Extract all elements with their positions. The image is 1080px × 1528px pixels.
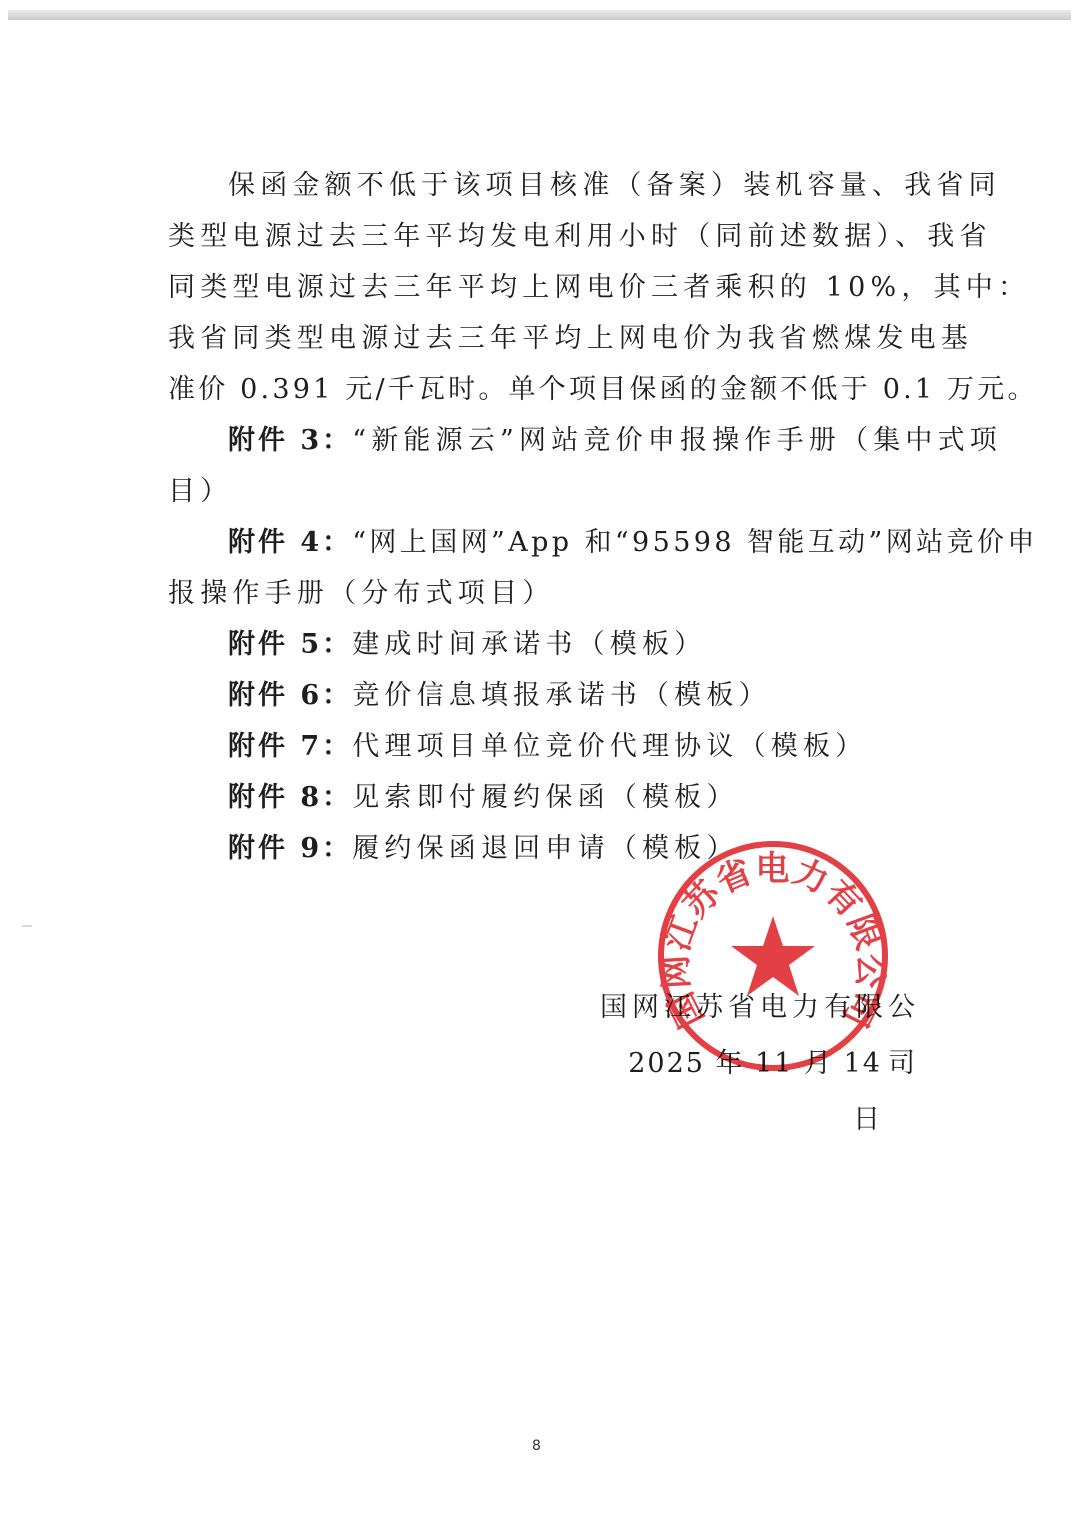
paragraph-line: 同类型电源过去三年平均上网电价三者乘积的 10%，其中： — [168, 262, 920, 313]
attachment-label: 附件 7： — [228, 731, 352, 762]
attachment-label: 附件 4： — [228, 527, 352, 558]
body-paragraph: 保函金额不低于该项目核准（备案）装机容量、我省同 类型电源过去三年平均发电利用小… — [168, 160, 920, 415]
attachment-item-3: 附件 3：“新能源云”网站竞价申报操作手册（集中式项 — [168, 415, 920, 466]
signature-date: 2025 年 11 月 14 日 — [600, 1036, 882, 1148]
attachment-label: 附件 8： — [228, 782, 352, 813]
attachment-title: 见索即付履约保函（模板） — [352, 782, 738, 813]
document-page: 保函金额不低于该项目核准（备案）装机容量、我省同 类型电源过去三年平均发电利用小… — [168, 160, 920, 874]
attachment-item-5: 附件 5：建成时间承诺书（模板） — [168, 619, 920, 670]
attachment-item-7: 附件 7：代理项目单位竞价代理协议（模板） — [168, 721, 920, 772]
attachment-title: 履约保函退回申请（模板） — [352, 833, 738, 864]
paragraph-line: 保函金额不低于该项目核准（备案）装机容量、我省同 — [168, 160, 920, 211]
page-number: 8 — [532, 1438, 541, 1454]
attachment-item-6: 附件 6：竞价信息填报承诺书（模板） — [168, 670, 920, 721]
attachment-item-4-continuation: 报操作手册（分布式项目） — [168, 568, 920, 619]
attachment-list: 附件 3：“新能源云”网站竞价申报操作手册（集中式项 目） 附件 4：“网上国网… — [168, 415, 920, 874]
attachment-title: 竞价信息填报承诺书（模板） — [352, 680, 771, 711]
attachment-title: “新能源云”网站竞价申报操作手册（集中式项 — [352, 425, 1002, 456]
attachment-item-9: 附件 9：履约保函退回申请（模板） — [168, 823, 920, 874]
scan-speck — [22, 925, 32, 927]
paragraph-line: 我省同类型电源过去三年平均上网电价为我省燃煤发电基 — [168, 313, 920, 364]
page-top-edge — [8, 10, 1071, 20]
attachment-title: “网上国网”App 和“95598 智能互动”网站竞价申 — [352, 527, 1038, 558]
attachment-item-8: 附件 8：见索即付履约保函（模板） — [168, 772, 920, 823]
attachment-label: 附件 3： — [228, 425, 352, 456]
attachment-item-4: 附件 4：“网上国网”App 和“95598 智能互动”网站竞价申 — [168, 517, 920, 568]
paragraph-line: 准价 0.391 元/千瓦时。单个项目保函的金额不低于 0.1 万元。 — [168, 364, 920, 415]
attachment-item-3-continuation: 目） — [168, 466, 920, 517]
attachment-title: 建成时间承诺书（模板） — [352, 629, 706, 660]
attachment-label: 附件 9： — [228, 833, 352, 864]
attachment-label: 附件 6： — [228, 680, 352, 711]
attachment-label: 附件 5： — [228, 629, 352, 660]
attachment-title: 代理项目单位竞价代理协议（模板） — [352, 731, 867, 762]
paragraph-line: 类型电源过去三年平均发电利用小时（同前述数据）、我省 — [168, 211, 920, 262]
